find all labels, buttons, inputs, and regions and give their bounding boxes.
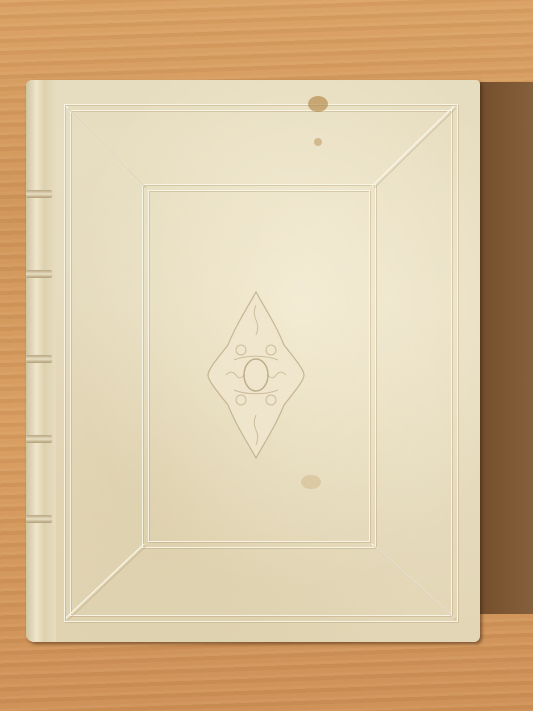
stain-mark [301,475,321,489]
stain-mark [314,138,322,146]
lozenge-ornament-icon [206,290,306,460]
vellum-book [26,80,480,642]
stain-mark [308,96,328,112]
